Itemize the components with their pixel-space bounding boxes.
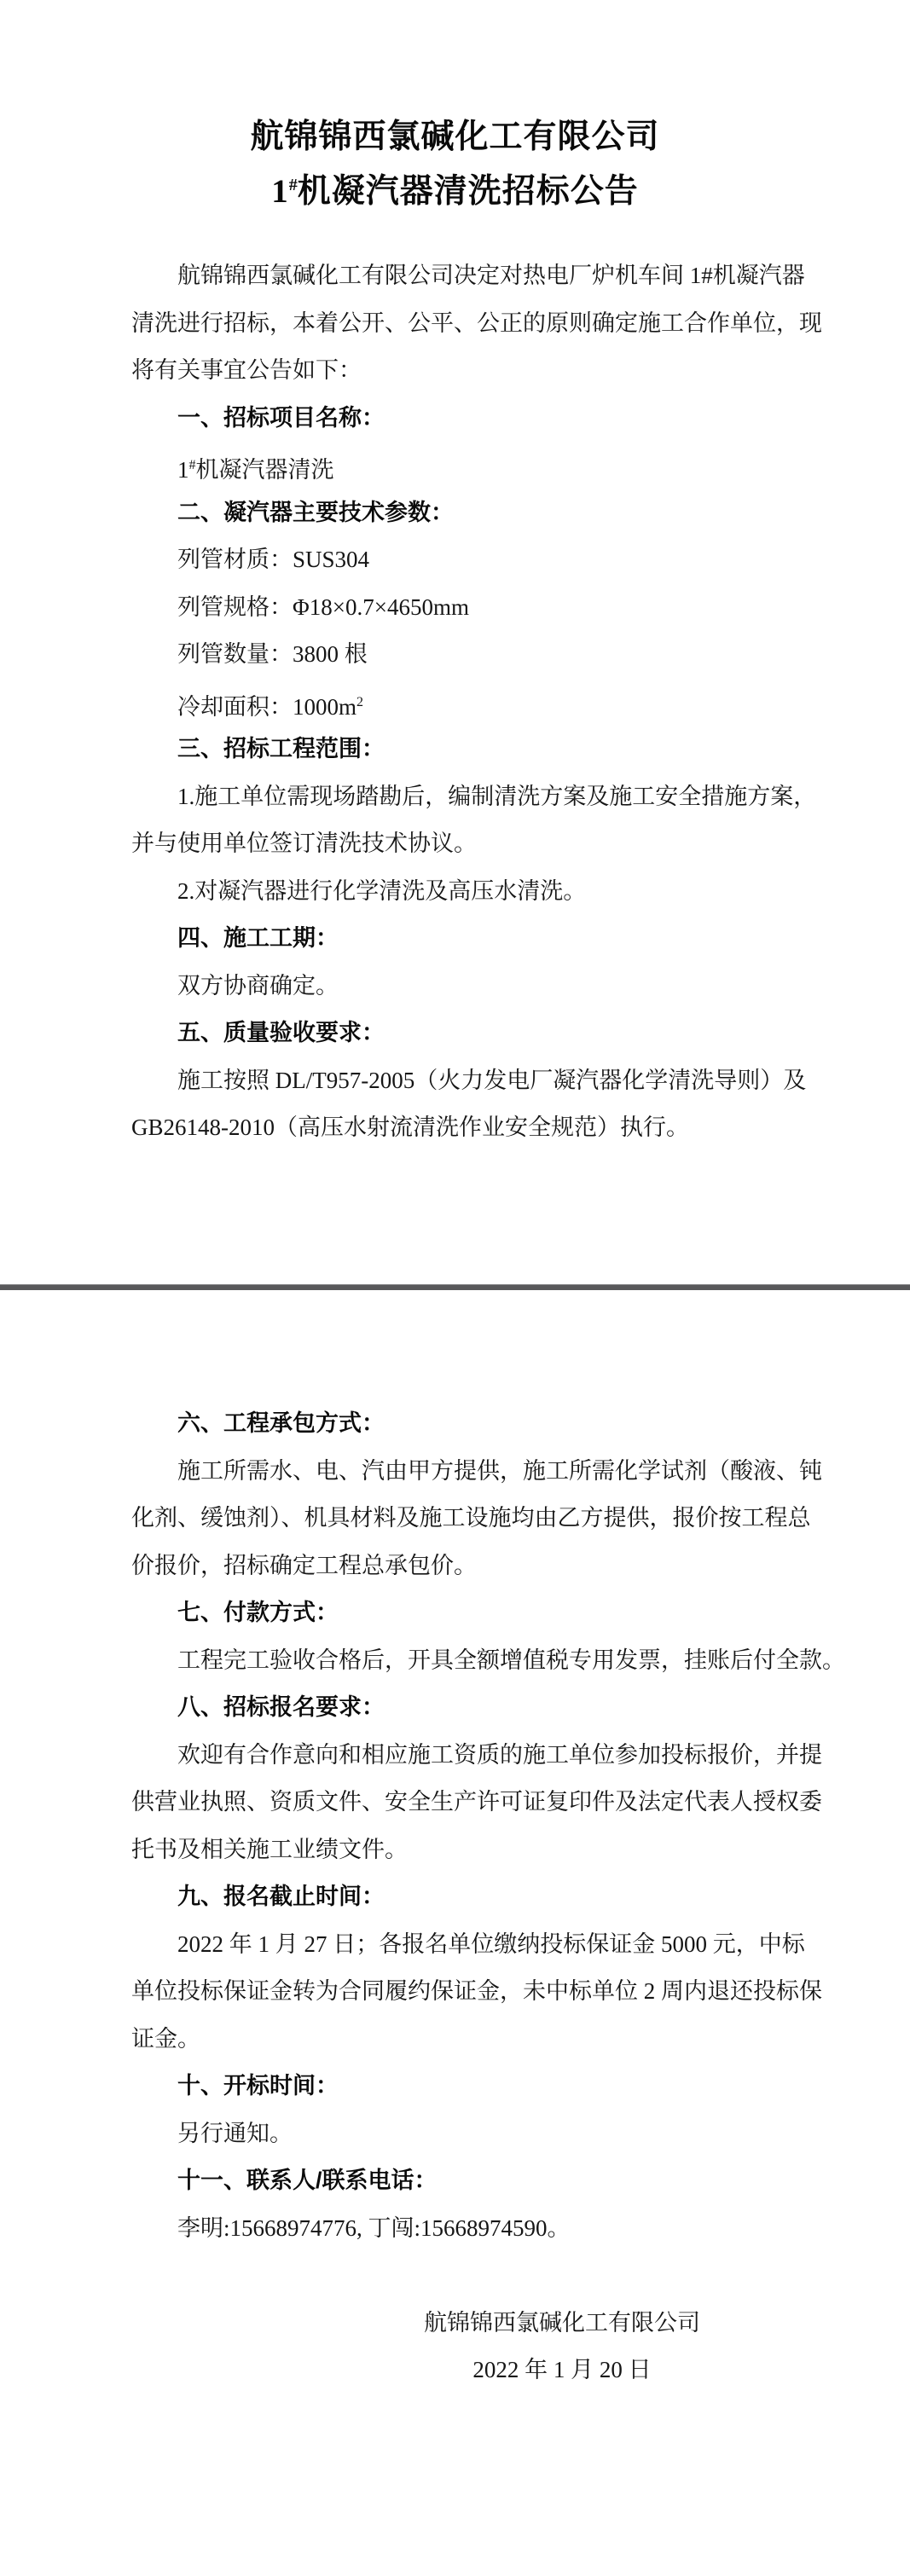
payment-line: 工程完工验收合格后，开具全额增值税专用发票，挂账后付全款。 — [131, 1637, 785, 1685]
contracting-line: 价报价，招标确定工程总承包价。 — [131, 1543, 785, 1590]
document-page-2: 六、工程承包方式： 施工所需水、电、汽由甲方提供，施工所需化学试剂（酸液、钝 化… — [0, 1290, 910, 2576]
blank-line — [131, 2252, 785, 2300]
registration-line: 托书及相关施工业绩文件。 — [131, 1826, 785, 1874]
deadline-line: 单位投标保证金转为合同履约保证金，未中标单位 2 周内退还投标保 — [131, 1968, 785, 2016]
deadline-line: 2022 年 1 月 27 日；各报名单位缴纳投标保证金 5000 元，中标 — [131, 1921, 785, 1969]
page1-body: 航锦锦西氯碱化工有限公司决定对热电厂炉机车间 1#机凝汽器 清洗进行招标，本着公… — [131, 252, 785, 1152]
registration-line: 供营业执照、资质文件、安全生产许可证复印件及法定代表人授权委 — [131, 1779, 785, 1826]
deadline-line: 证金。 — [131, 2016, 785, 2064]
registration-line: 欢迎有合作意向和相应施工资质的施工单位参加投标报价，并提 — [131, 1732, 785, 1780]
duration-line: 双方协商确定。 — [131, 963, 785, 1010]
announcement-title-line: 1#机凝汽器清洗招标公告 — [0, 161, 910, 216]
quality-line: 施工按照 DL/T957-2005（火力发电厂凝汽器化学清洗导则）及 — [131, 1057, 785, 1105]
section-heading-3: 三、招标工程范围： — [131, 726, 785, 773]
quality-line: GB26148-2010（高压水射流清洗作业安全规范）执行。 — [131, 1104, 785, 1152]
contact-line: 李明:15668974776, 丁闯:15668974590。 — [131, 2205, 785, 2253]
param-quantity-line: 列管数量：3800 根 — [131, 631, 785, 679]
section-heading-10: 十、开标时间： — [131, 2063, 785, 2110]
signature-date: 2022 年 1 月 20 日 — [235, 2347, 889, 2394]
project-name-text: 机凝汽器清洗 — [196, 457, 334, 483]
area-value: 冷却面积：1000m — [177, 694, 356, 720]
section-heading-6: 六、工程承包方式： — [131, 1400, 785, 1448]
param-material-line: 列管材质：SUS304 — [131, 536, 785, 584]
title-text: 机凝汽器清洗招标公告 — [298, 173, 639, 210]
intro-line: 将有关事宜公告如下： — [131, 347, 785, 395]
section-heading-9: 九、报名截止时间： — [131, 1873, 785, 1921]
scope-item-1-line: 并与使用单位签订清洗技术协议。 — [131, 820, 785, 868]
intro-line: 清洗进行招标，本着公开、公平、公正的原则确定施工合作单位，现 — [131, 300, 785, 348]
title-superscript: # — [289, 176, 298, 194]
section-heading-1: 一、招标项目名称： — [131, 395, 785, 443]
area-superscript: 2 — [356, 695, 363, 709]
section-heading-2: 二、凝汽器主要技术参数： — [131, 489, 785, 537]
section-heading-11: 十一、联系人/联系电话： — [131, 2157, 785, 2205]
project-name-line: 1#机凝汽器清洗 — [131, 442, 785, 489]
section-heading-4: 四、施工工期： — [131, 915, 785, 963]
title-unit-number: 1 — [271, 173, 289, 210]
section-heading-8: 八、招标报名要求： — [131, 1684, 785, 1732]
param-spec-line: 列管规格：Φ18×0.7×4650mm — [131, 584, 785, 632]
page-break-divider — [0, 1284, 910, 1290]
param-area-line: 冷却面积：1000m2 — [131, 679, 785, 726]
signature-company: 航锦锦西氯碱化工有限公司 — [235, 2300, 889, 2347]
section-heading-7: 七、付款方式： — [131, 1589, 785, 1637]
contracting-line: 施工所需水、电、汽由甲方提供，施工所需化学试剂（酸液、钝 — [131, 1448, 785, 1496]
intro-line: 航锦锦西氯碱化工有限公司决定对热电厂炉机车间 1#机凝汽器 — [131, 252, 785, 300]
document-page-1: 航锦锦西氯碱化工有限公司 1#机凝汽器清洗招标公告 航锦锦西氯碱化工有限公司决定… — [0, 0, 910, 1284]
page2-body: 六、工程承包方式： 施工所需水、电、汽由甲方提供，施工所需化学试剂（酸液、钝 化… — [131, 1400, 785, 2394]
company-title-line: 航锦锦西氯碱化工有限公司 — [0, 113, 910, 161]
scope-item-1-line: 1.施工单位需现场踏勘后，编制清洗方案及施工安全措施方案， — [131, 773, 785, 821]
unit-superscript: # — [189, 458, 196, 472]
document-title: 航锦锦西氯碱化工有限公司 1#机凝汽器清洗招标公告 — [0, 113, 910, 216]
section-heading-5: 五、质量验收要求： — [131, 1010, 785, 1057]
unit-number: 1 — [177, 457, 189, 483]
opening-time-line: 另行通知。 — [131, 2110, 785, 2158]
scope-item-2-line: 2.对凝汽器进行化学清洗及高压水清洗。 — [131, 868, 785, 916]
contracting-line: 化剂、缓蚀剂）、机具材料及施工设施均由乙方提供，报价按工程总 — [131, 1495, 785, 1543]
